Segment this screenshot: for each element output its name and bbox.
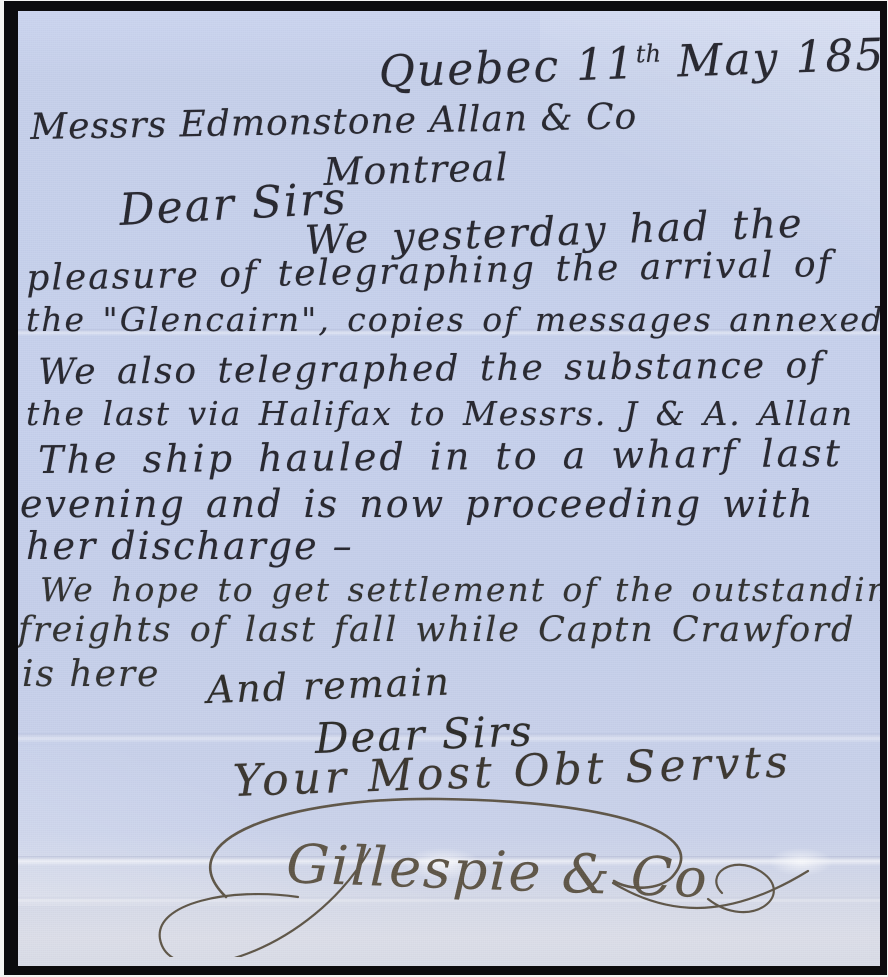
- recipient-line: Messrs Edmonstone Allan & Co: [30, 96, 638, 148]
- letter-scan: Quebec 11th May 1854 Messrs Edmonstone A…: [0, 0, 888, 977]
- dateline-month-year: May 1854: [660, 28, 880, 88]
- body-line: evening and is now proceeding with: [20, 482, 815, 526]
- body-line: freights of last fall while Captn Crawfo…: [18, 610, 855, 650]
- letter-dateline: Quebec 11th May 1854: [378, 28, 880, 98]
- body-line: her discharge –: [26, 524, 354, 568]
- signature-block: Gillespie & Co: [108, 777, 848, 957]
- body-line: We hope to get settlement of the outstan…: [40, 570, 880, 609]
- body-line: We also telegraphed the substance of: [38, 345, 825, 393]
- recipient-city: Montreal: [323, 145, 509, 194]
- letter-paper: Quebec 11th May 1854 Messrs Edmonstone A…: [18, 11, 880, 966]
- body-line: The ship hauled in to a wharf last: [38, 431, 843, 482]
- closing-line: And remain: [206, 659, 452, 711]
- body-line: the "Glencairn", copies of messages anne…: [26, 300, 880, 339]
- body-line: the last via Halifax to Messrs. J & A. A…: [26, 394, 854, 433]
- body-line: pleasure of telegraphing the arrival of: [26, 244, 833, 299]
- body-line: is here: [22, 654, 160, 695]
- dateline-place-day: Quebec 11: [378, 38, 637, 98]
- signature-name: Gillespie & Co: [285, 832, 710, 910]
- dateline-ordinal: th: [635, 39, 661, 68]
- signature-flourish: Gillespie & Co: [108, 777, 848, 957]
